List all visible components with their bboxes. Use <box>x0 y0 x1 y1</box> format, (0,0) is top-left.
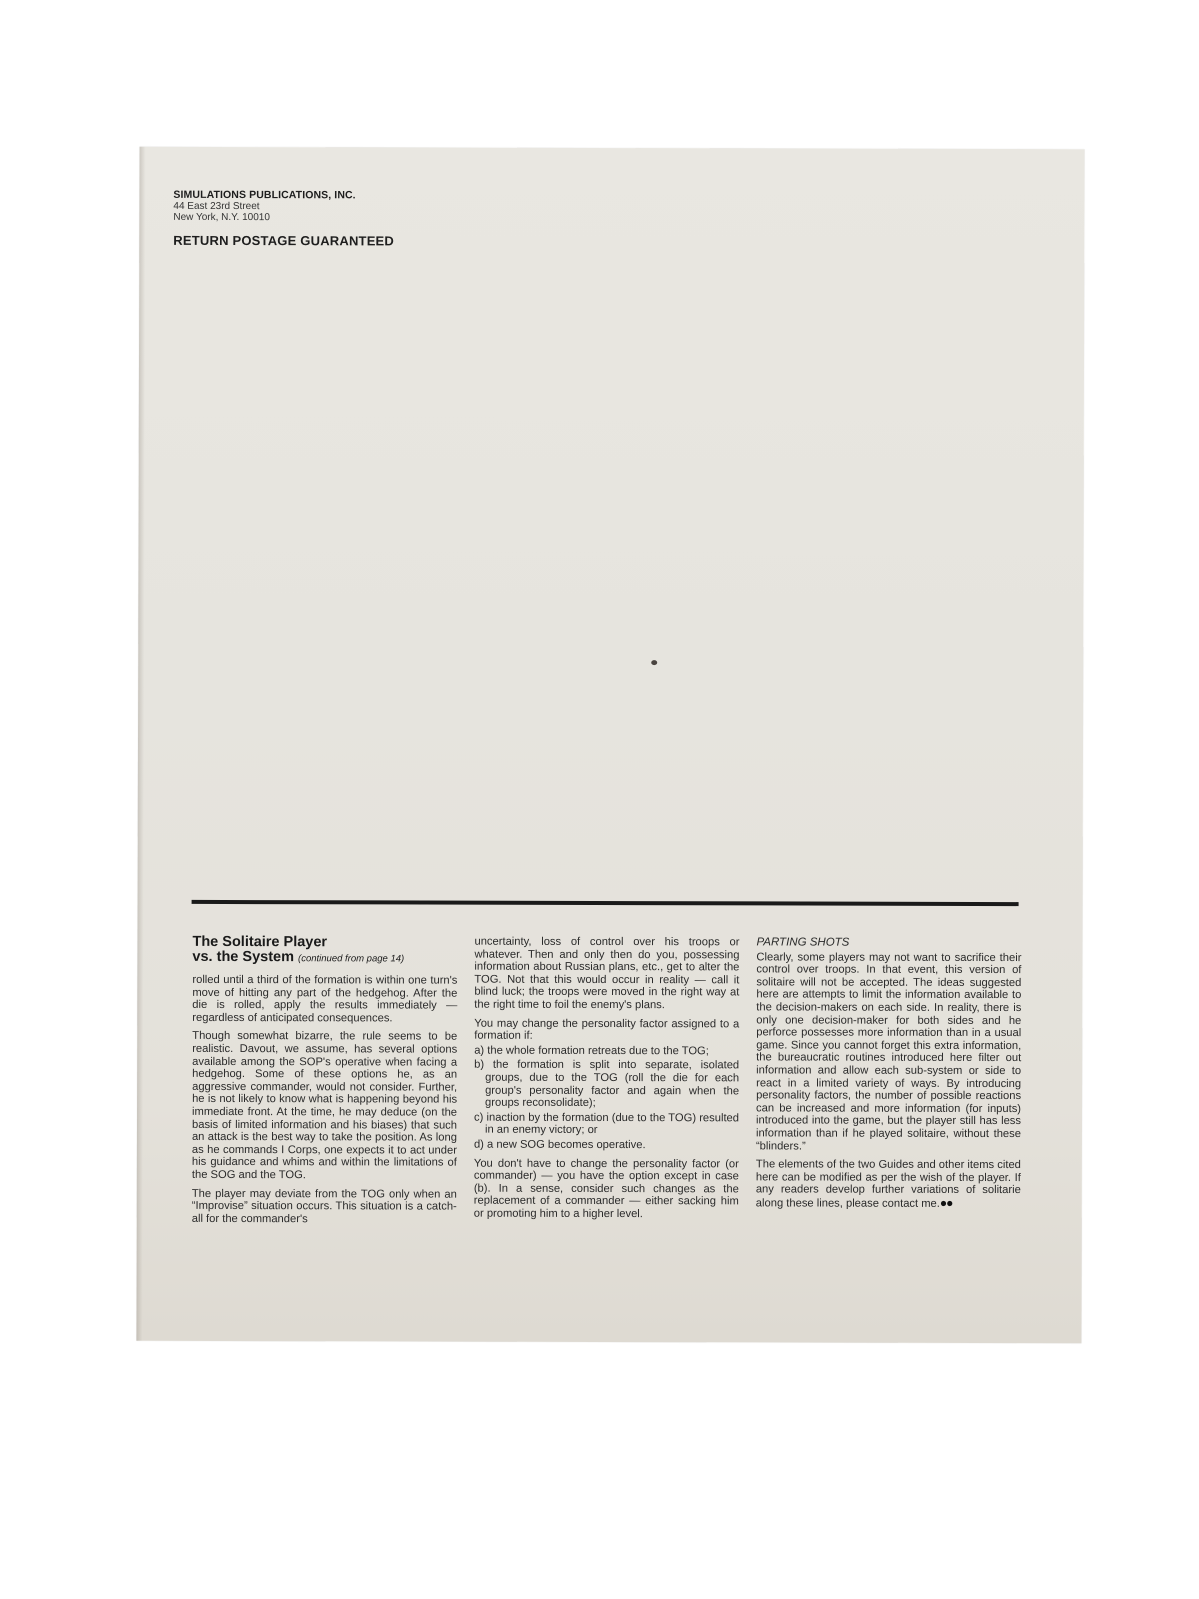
closing-text: The elements of the two Guides and other… <box>756 1158 1021 1209</box>
list-item: c) inaction by the formation (due to the… <box>474 1111 739 1137</box>
paragraph: The player may deviate from the TOG only… <box>192 1187 457 1225</box>
list-item: b) the formation is split into separate,… <box>474 1059 739 1110</box>
paragraph: You may change the personality factor as… <box>474 1017 739 1043</box>
publisher-name: SIMULATIONS PUBLICATIONS, INC. <box>173 189 394 202</box>
article-column-1: The Solitaire Player vs. the System (con… <box>192 935 458 1232</box>
article-title: The Solitaire Player vs. the System (con… <box>192 935 457 967</box>
article-column-2: uncertainty, loss of control over his tr… <box>474 936 740 1233</box>
section-heading: PARTING SHOTS <box>756 936 1021 949</box>
city-address: New York, N.Y. 10010 <box>173 212 394 224</box>
paragraph: rolled until a third of the formation is… <box>192 974 457 1025</box>
mailing-address-block: SIMULATIONS PUBLICATIONS, INC. 44 East 2… <box>173 189 394 249</box>
section-divider-rule <box>192 900 1019 906</box>
paragraph: Clearly, some players may not want to sa… <box>756 951 1022 1153</box>
paper-blemish <box>651 660 657 665</box>
article-columns: The Solitaire Player vs. the System (con… <box>192 935 1033 1233</box>
paragraph: The elements of the two Guides and other… <box>756 1158 1021 1210</box>
paragraph: You don't have to change the personality… <box>474 1157 739 1221</box>
article-column-3: PARTING SHOTS Clearly, some players may … <box>756 936 1022 1233</box>
postage-notice: RETURN POSTAGE GUARANTEED <box>173 233 394 249</box>
magazine-back-cover: SIMULATIONS PUBLICATIONS, INC. 44 East 2… <box>136 147 1084 1343</box>
title-line-2: vs. the System <box>192 949 294 965</box>
end-mark-icon: ●● <box>940 1196 953 1210</box>
list-item: d) a new SOG becomes operative. <box>474 1139 739 1152</box>
continued-note: (continued from page 14) <box>298 953 404 964</box>
paragraph: uncertainty, loss of control over his tr… <box>474 936 739 1012</box>
paragraph: Though somewhat bizarre, the rule seems … <box>192 1030 457 1182</box>
list-item: a) the whole formation retreats due to t… <box>474 1044 739 1057</box>
street-address: 44 East 23rd Street <box>173 201 394 213</box>
